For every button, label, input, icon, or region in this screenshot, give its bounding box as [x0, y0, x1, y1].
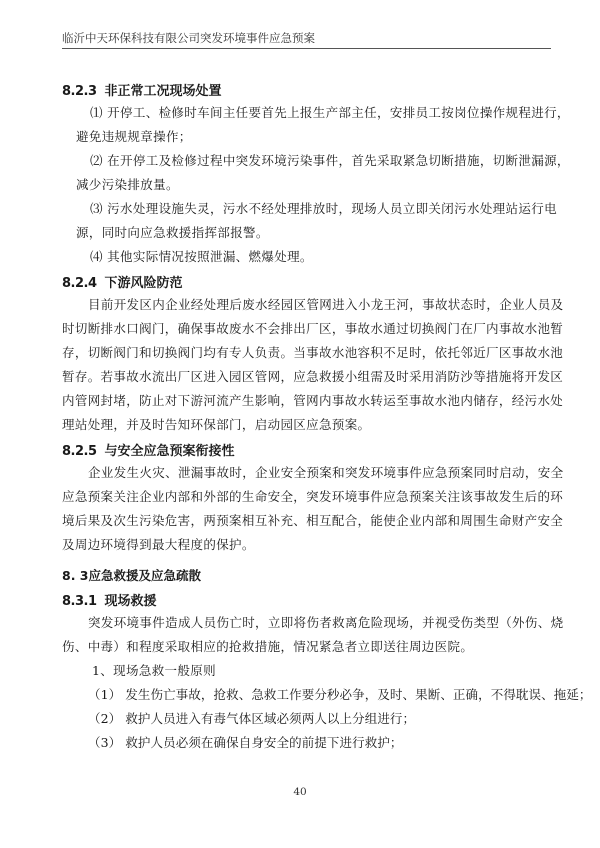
section-title: 非正常工况现场处置 — [105, 84, 222, 99]
paragraph-line: 企业发生火灾、泄漏事故时，企业安全预案和突发环境事件应急预案同时启动，安全 — [88, 463, 563, 481]
paragraph-line: 源，同时向应急救援指挥部报警。 — [76, 223, 269, 241]
paragraph-line: 时切断排水口阀门，确保事故废水不会排出厂区，事故水通过切换阀门在厂内事故水池暂 — [62, 319, 563, 337]
paragraph-line: 目前开发区内企业经处理后废水经园区管网进入小龙王河，事故状态时，企业人员及 — [88, 295, 563, 313]
paragraph-line: 及周边环境得到最大程度的保护。 — [62, 535, 255, 553]
paragraph-line: 境后果及次生污染危害，两预案相互补充、相互配合，能使企业内部和周围生命财产安全 — [62, 511, 563, 529]
paragraph-line: 伤、中毒）和程度采取相应的抢救措施，情况紧急者立即送往周边医院。 — [62, 637, 473, 655]
paragraph-line: 突发环境事件造成人员伤亡时，立即将伤者救离危险现场，并视受伤类型（外伤、烧 — [88, 613, 563, 631]
section-number: 8.2.5 — [62, 444, 97, 459]
section-heading-8-3-1: 8.3.1现场救援 — [62, 590, 157, 609]
section-title: 下游风险防范 — [105, 276, 183, 291]
section-number: 8.2.3 — [62, 84, 97, 99]
paragraph-line: 减少污染排放量。 — [76, 175, 179, 193]
paragraph-line: ⑷ 其他实际情况按照泄漏、燃爆处理。 — [90, 247, 313, 265]
paragraph-line: 暂存。若事故水流出厂区进入园区管网，应急救援小组需及时采用消防沙等措施将开发区 — [62, 367, 563, 385]
section-title: 现场救援 — [105, 594, 157, 609]
section-number: 8.2.4 — [62, 276, 97, 291]
paragraph-line: 应急预案关注企业内部和外部的生命安全，突发环境事件应急预案关注该事故发生后的环 — [62, 487, 563, 505]
list-item: （1） 发生伤亡事故，抢救、急救工作要分秒必争，及时、果断、正确，不得耽误、拖延… — [88, 685, 592, 703]
paragraph-line: 内管网封堵，防止对下游河流产生影响，管网内事故水转运至事故水池内储存，经污水处 — [62, 391, 563, 409]
paragraph-line: 理站处理，并及时告知环保部门，启动园区应急预案。 — [62, 415, 370, 433]
section-heading-8-3: 8. 3应急救援及应急疏散 — [62, 566, 201, 584]
paragraph-line: ⑴ 开停工、检修时车间主任要首先上报生产部主任，安排员工按岗位操作规程进行， — [90, 103, 570, 121]
paragraph-line: ⑵ 在开停工及检修过程中突发环境污染事件，首先采取紧急切断措施，切断泄漏源， — [90, 151, 570, 169]
section-heading-8-2-3: 8.2.3非正常工况现场处置 — [62, 80, 222, 99]
document-header: 临沂中天环保科技有限公司突发环境事件应急预案 — [62, 30, 551, 49]
paragraph-line: 1、现场急救一般原则 — [92, 661, 216, 679]
section-heading-8-2-4: 8.2.4下游风险防范 — [62, 272, 183, 291]
paragraph-line: 存，切断阀门和切换阀门均有专人负责。当事故水池容积不足时，依托邻近厂区事故水池 — [62, 343, 563, 361]
page-number: 40 — [0, 786, 600, 798]
section-number: 8.3.1 — [62, 594, 97, 609]
section-heading-8-2-5: 8.2.5与安全应急预案衔接性 — [62, 440, 235, 459]
list-item: （2） 救护人员进入有毒气体区域必须两人以上分组进行； — [88, 709, 415, 727]
section-title: 与安全应急预案衔接性 — [105, 444, 235, 459]
paragraph-line: ⑶ 污水处理设施失灵，污水不经处理排放时，现场人员立即关闭污水处理站运行电 — [90, 199, 557, 217]
list-item: （3） 救护人员必须在确保自身安全的前提下进行救护； — [88, 733, 403, 751]
paragraph-line: 避免违规规章操作； — [76, 127, 192, 145]
